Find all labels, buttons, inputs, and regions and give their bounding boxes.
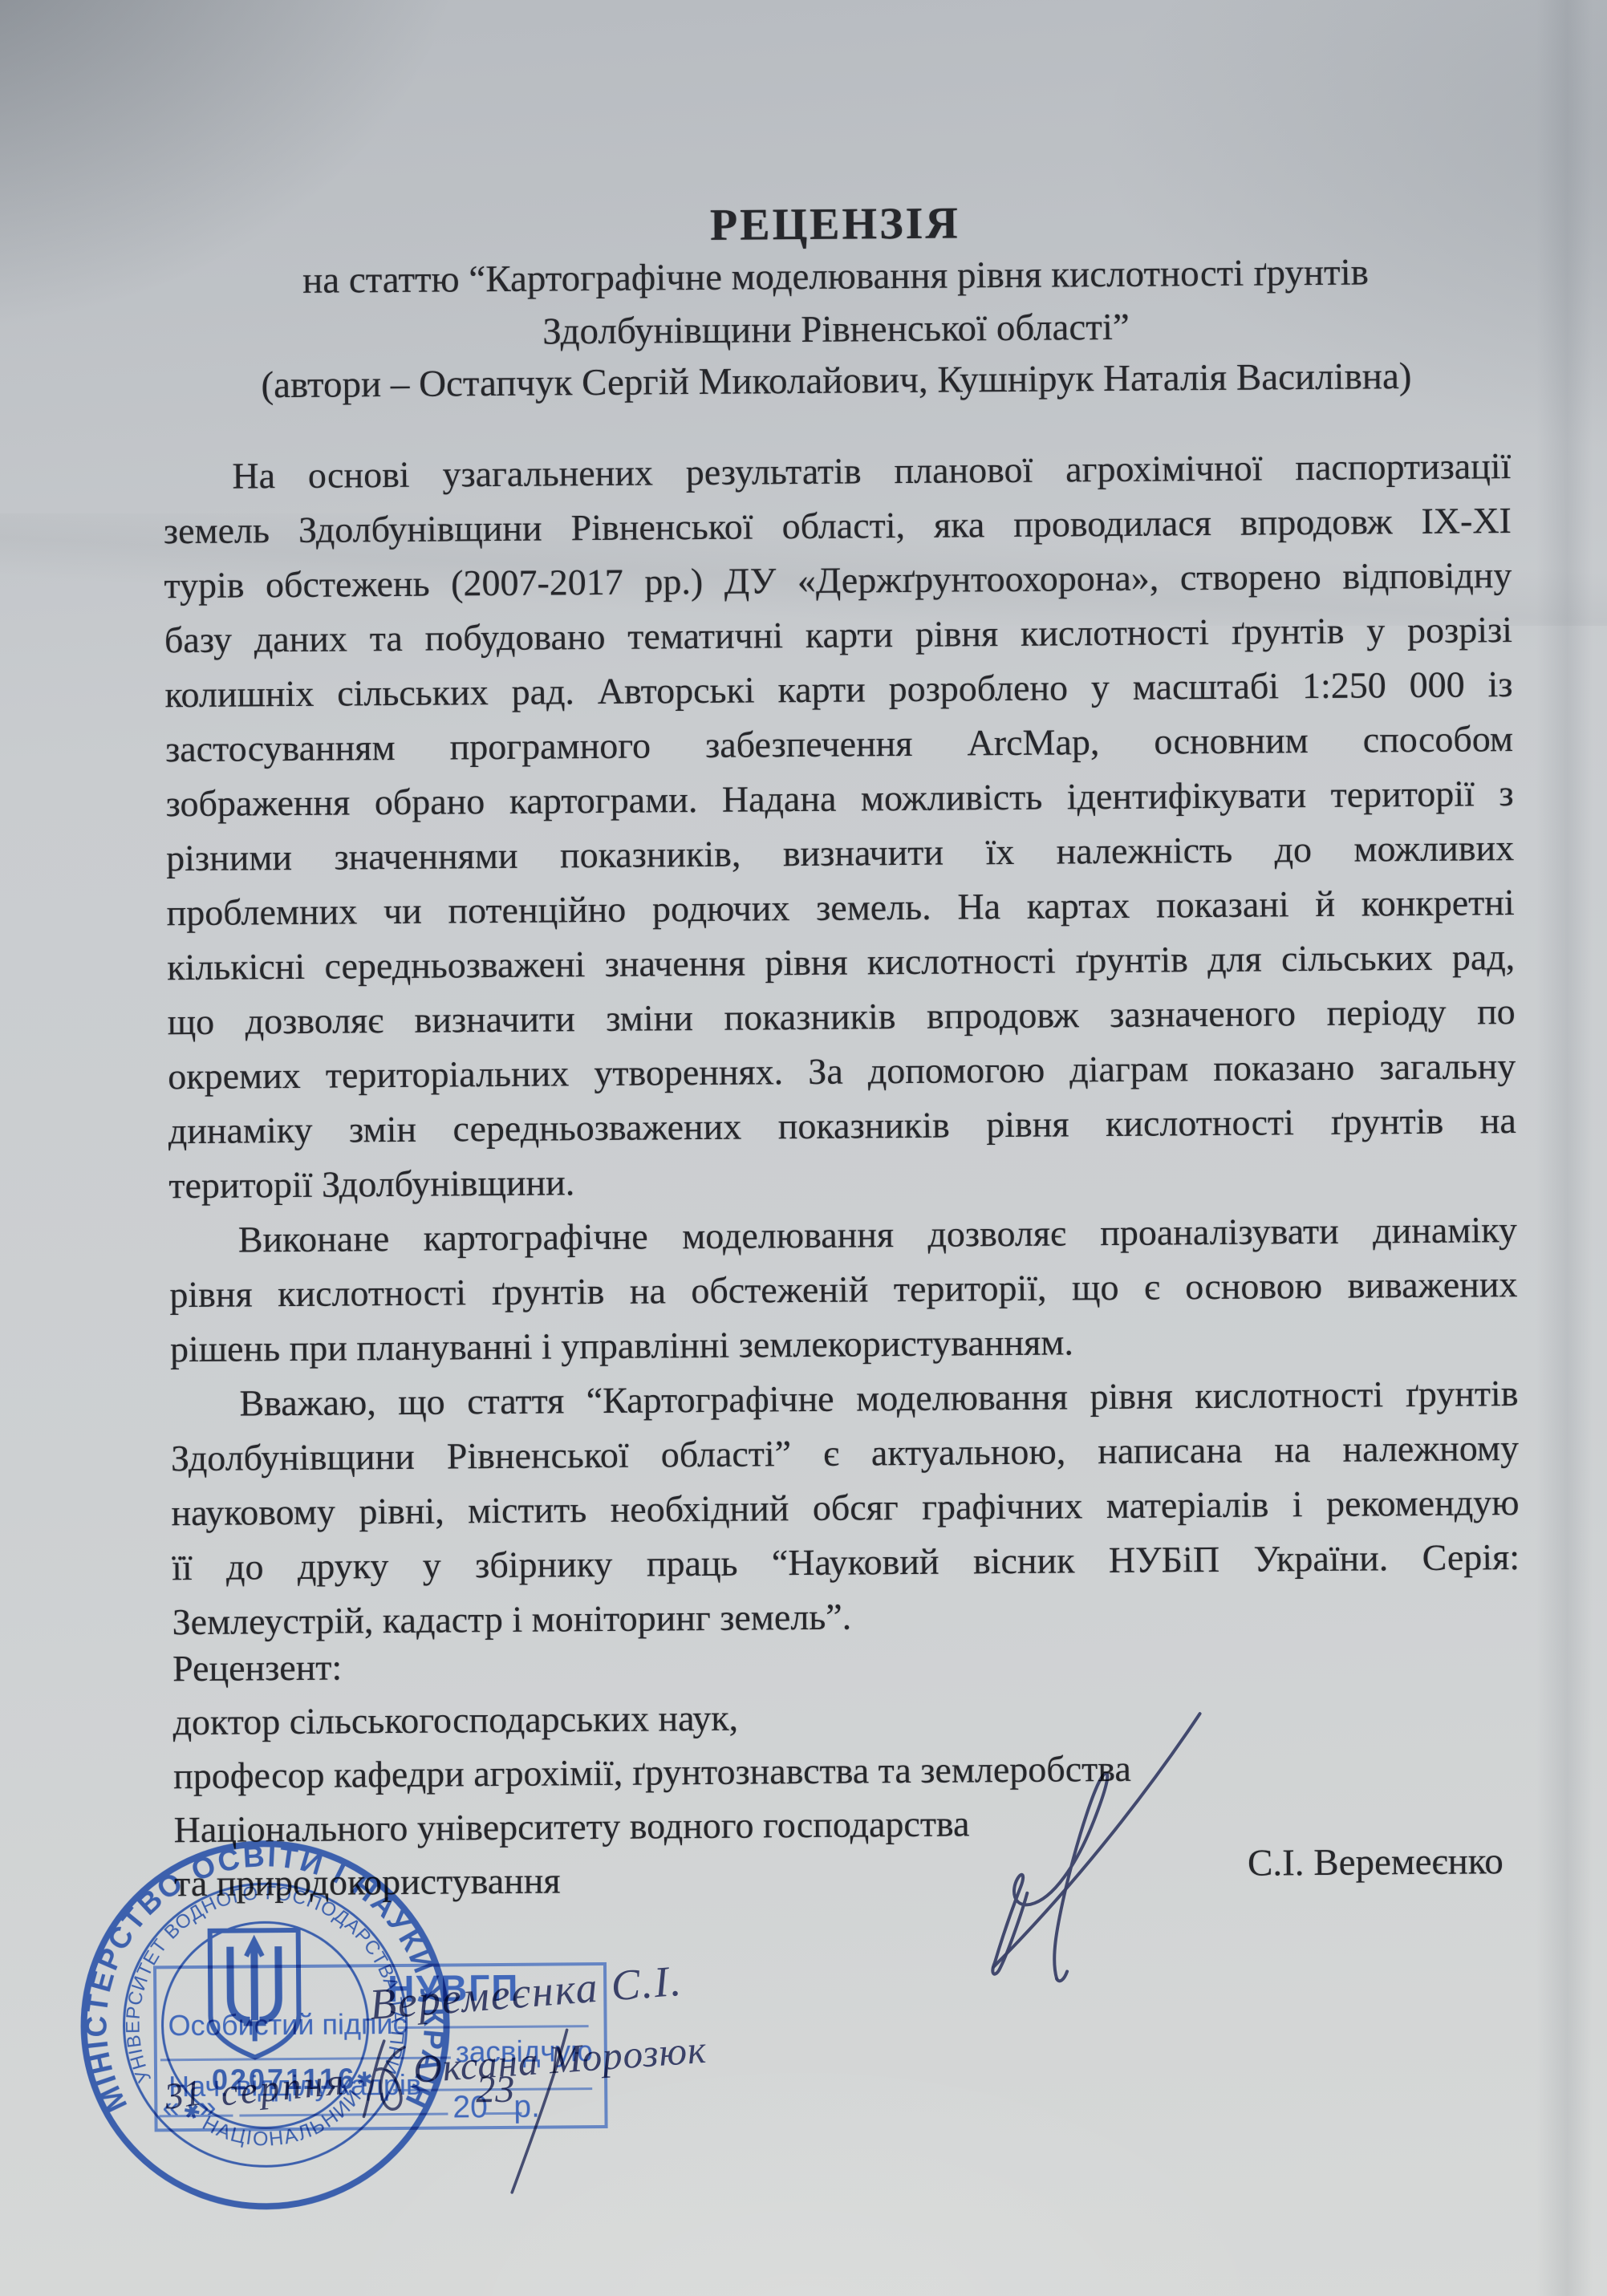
authors-line: (автори – Остапчук Сергій Миколайович, К…: [162, 354, 1510, 408]
reviewer-label: Рецензент:: [172, 1634, 1130, 1695]
body-line: рівня кислотності ґрунтів на обстеженій …: [169, 1257, 1517, 1322]
scanned-review-page: РЕЦЕНЗІЯ на статтю “Картографічне моделю…: [0, 0, 1607, 2296]
handwritten-day: 31: [162, 2071, 204, 2118]
hr-signature-flourish: [327, 1942, 731, 2218]
reviewer-name: С.І. Веремеєнко: [1248, 1840, 1504, 1885]
trident-icon: [210, 1930, 299, 2058]
body-line: динаміку змін середньозважених показникі…: [168, 1093, 1516, 1158]
article-title-line-2: Здолбунівщини Рівненської області”: [162, 302, 1510, 356]
article-title-line-1: на статтю “Картографічне моделювання рів…: [161, 249, 1509, 303]
document-content: РЕЦЕНЗІЯ на статтю “Картографічне моделю…: [0, 0, 1607, 2296]
document-body: На основі узагальнених результатів плано…: [163, 439, 1520, 1649]
reviewer-signature-ink: [955, 1699, 1222, 1986]
document-title: РЕЦЕНЗІЯ: [161, 193, 1509, 255]
body-line: її до друку у збірнику праць “Науковий в…: [172, 1530, 1520, 1595]
